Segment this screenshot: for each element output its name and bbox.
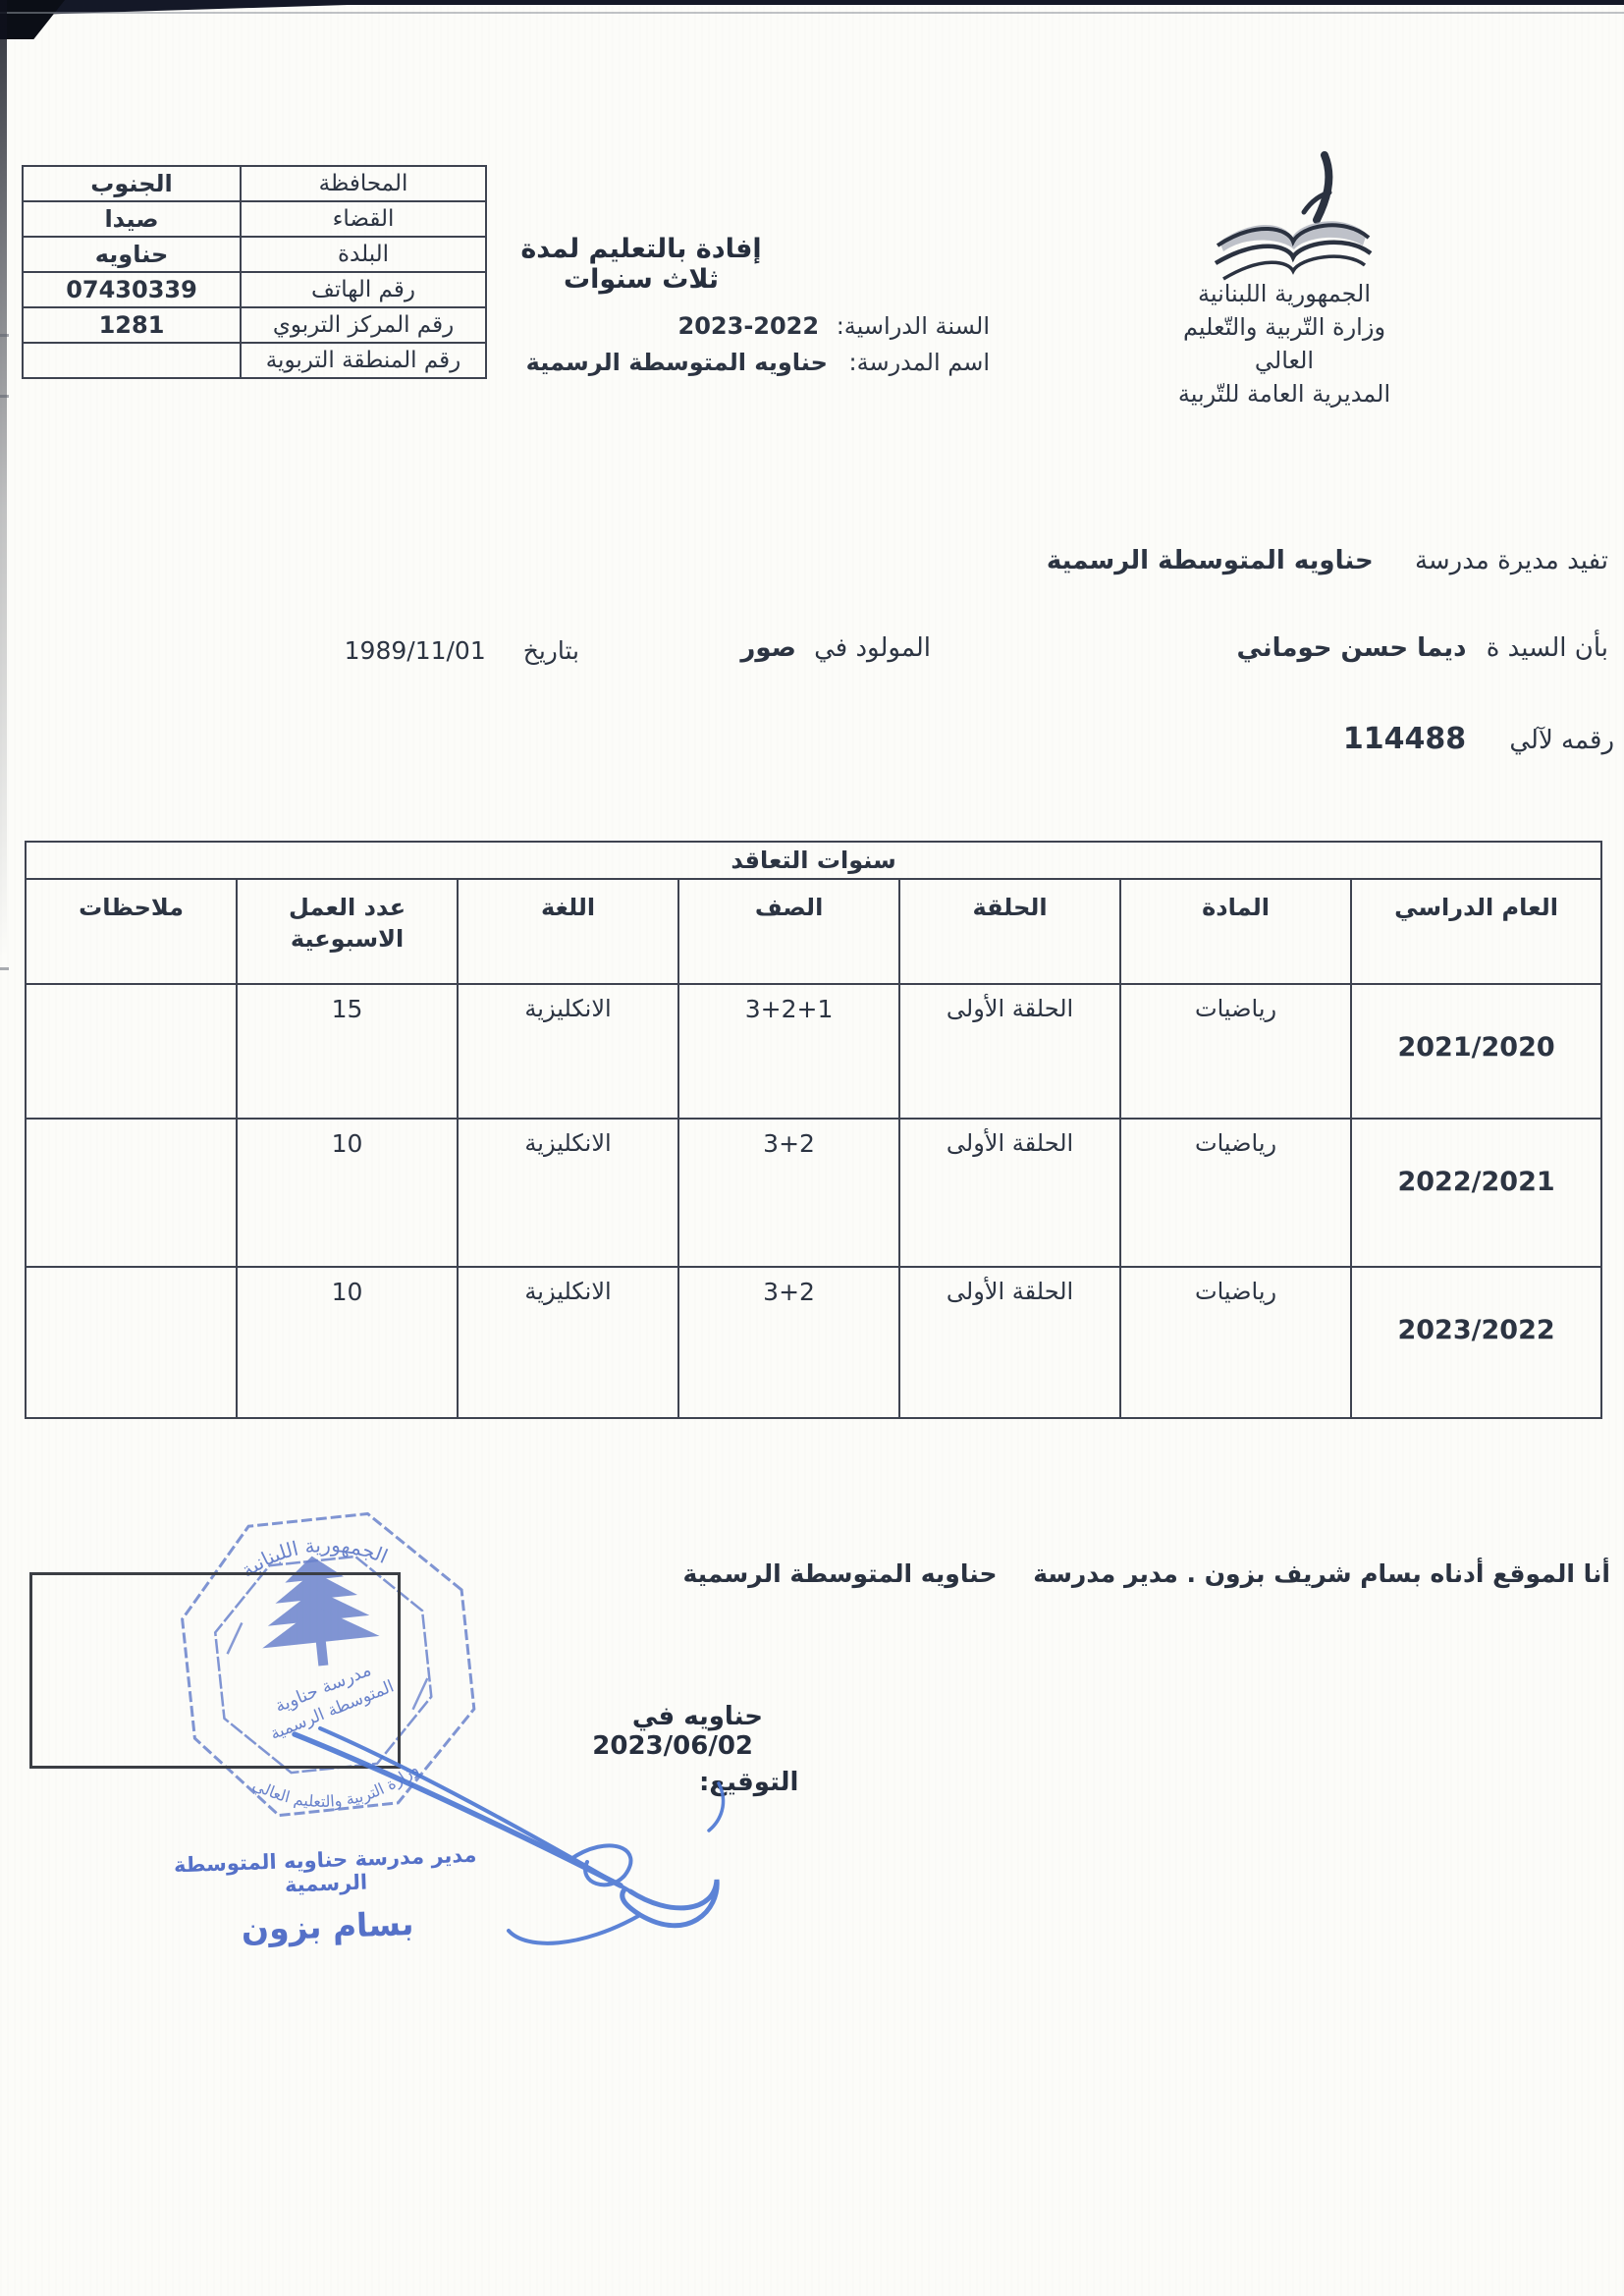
cell-year: 2023/2022	[1351, 1267, 1601, 1418]
contract-table-header-row: العام الدراسي المادة الحلقة الصف اللغة ع…	[26, 879, 1601, 984]
school-name-value: حناويه المتوسطة الرسمية	[526, 349, 828, 376]
info-label: البلدة	[241, 237, 486, 272]
info-label: رقم المنطقة التربوية	[241, 343, 486, 378]
cell-language: الانكليزية	[458, 1119, 678, 1267]
birthdate-segment: بتاريخ 1989/11/01	[345, 636, 579, 665]
scan-artifact-corner-blob	[0, 0, 65, 39]
info-row: القضاء صيدا	[23, 201, 486, 237]
info-label: رقم الهاتف	[241, 272, 486, 307]
cell-subject: رياضيات	[1120, 1119, 1351, 1267]
scan-artifact-speck	[0, 334, 9, 337]
undersigned-text: أنا الموقع أدناه بسام شريف بزون . مدير م…	[1033, 1559, 1610, 1588]
table-row: 2023/2022 رياضيات الحلقة الأولى 3+2 الان…	[26, 1267, 1601, 1418]
page-title: إفادة بالتعليم لمدة ثلاث سنوات	[489, 234, 793, 295]
school-name-label: اسم المدرسة:	[849, 349, 990, 376]
born-label: المولود في	[814, 633, 931, 663]
info-label: رقم المركز التربوي	[241, 307, 486, 343]
info-row: رقم المنطقة التربوية	[23, 343, 486, 378]
person-name-segment: بأن السيد ة ديما حسن حوماني	[1237, 633, 1608, 663]
cell-notes	[26, 1119, 237, 1267]
col-header-cycle: الحلقة	[899, 879, 1120, 984]
col-header-grade: الصف	[678, 879, 899, 984]
scan-artifact-left-strip	[0, 0, 7, 1277]
school-year-value: 2022-2023	[678, 312, 820, 340]
info-row: رقم المركز التربوي 1281	[23, 307, 486, 343]
col-header-school-year: العام الدراسي	[1351, 879, 1601, 984]
info-row: البلدة حناويه	[23, 237, 486, 272]
birth-place: صور	[740, 633, 795, 663]
undersigned-line: أنا الموقع أدناه بسام شريف بزون . مدير م…	[682, 1559, 1610, 1588]
scan-artifact-speck	[0, 395, 9, 398]
statement-prefix: تفيد مديرة مدرسة	[1415, 546, 1608, 575]
cell-notes	[26, 1267, 237, 1418]
school-year-line: السنة الدراسية: 2022-2023	[678, 312, 990, 340]
cell-grade: 3+2+1	[678, 984, 899, 1119]
info-label: المحافظة	[241, 166, 486, 201]
col-header-weekly-hours: عدد العمل الاسبوعية	[237, 879, 458, 984]
contract-table-title: سنوات التعاقد	[26, 842, 1601, 879]
contract-table-title-row: سنوات التعاقد	[26, 842, 1601, 879]
directorate-line: المديرية العامة للتّربية	[1157, 377, 1412, 410]
table-row: 2022/2021 رياضيات الحلقة الأولى 3+2 الان…	[26, 1119, 1601, 1267]
statement-line-1: تفيد مديرة مدرسة حناويه المتوسطة الرسمية	[1047, 546, 1608, 575]
cell-cycle: الحلقة الأولى	[899, 1267, 1120, 1418]
handwritten-signature-icon	[275, 1658, 766, 1962]
cell-year: 2021/2020	[1351, 984, 1601, 1119]
school-name-line: اسم المدرسة: حناويه المتوسطة الرسمية	[526, 349, 990, 376]
info-value	[23, 343, 241, 378]
cell-language: الانكليزية	[458, 984, 678, 1119]
info-value: الجنوب	[23, 166, 241, 201]
info-row: رقم الهاتف 07430339	[23, 272, 486, 307]
birthplace-segment: المولود في صور	[740, 633, 931, 663]
cell-language: الانكليزية	[458, 1267, 678, 1418]
ministry-header: الجمهورية اللبنانية وزارة التّربية والتّ…	[1157, 277, 1412, 410]
table-row: 2021/2020 رياضيات الحلقة الأولى 3+2+1 ال…	[26, 984, 1601, 1119]
info-value: 07430339	[23, 272, 241, 307]
birth-date: 1989/11/01	[345, 636, 486, 665]
scan-artifact-speck	[0, 967, 9, 970]
scan-artifact-hairline	[0, 12, 1624, 14]
cell-hours: 15	[237, 984, 458, 1119]
cell-cycle: الحلقة الأولى	[899, 1119, 1120, 1267]
cell-cycle: الحلقة الأولى	[899, 984, 1120, 1119]
person-prefix: بأن السيد ة	[1487, 633, 1608, 663]
auto-id-value: 114488	[1343, 722, 1466, 756]
col-header-notes: ملاحظات	[26, 879, 237, 984]
auto-id-line: رقمه لآلي 114488	[1343, 722, 1614, 756]
info-row: المحافظة الجنوب	[23, 166, 486, 201]
auto-id-label: رقمه لآلي	[1509, 726, 1614, 755]
statement-school-name: حناويه المتوسطة الرسمية	[1047, 546, 1374, 575]
col-header-subject: المادة	[1120, 879, 1351, 984]
cell-hours: 10	[237, 1119, 458, 1267]
col-header-language: اللغة	[458, 879, 678, 984]
info-label: القضاء	[241, 201, 486, 237]
cell-grade: 3+2	[678, 1119, 899, 1267]
cell-subject: رياضيات	[1120, 984, 1351, 1119]
undersigned-school: حناويه المتوسطة الرسمية	[682, 1559, 997, 1588]
info-value: حناويه	[23, 237, 241, 272]
person-name: ديما حسن حوماني	[1237, 633, 1467, 663]
contract-years-table: سنوات التعاقد العام الدراسي المادة الحلق…	[25, 841, 1602, 1419]
cell-grade: 3+2	[678, 1267, 899, 1418]
school-year-label: السنة الدراسية:	[837, 312, 990, 340]
cell-subject: رياضيات	[1120, 1267, 1351, 1418]
admin-info-table: المحافظة الجنوب القضاء صيدا البلدة حناوي…	[22, 165, 487, 379]
cell-hours: 10	[237, 1267, 458, 1418]
ministry-line: وزارة التّربية والتّعليم العالي	[1157, 310, 1412, 377]
cell-notes	[26, 984, 237, 1119]
cell-year: 2022/2021	[1351, 1119, 1601, 1267]
info-value: 1281	[23, 307, 241, 343]
date-label: بتاريخ	[523, 636, 579, 665]
scanned-certificate-page: المحافظة الجنوب القضاء صيدا البلدة حناوي…	[0, 0, 1624, 2296]
republic-line: الجمهورية اللبنانية	[1157, 277, 1412, 310]
ministry-open-book-logo-icon	[1206, 151, 1382, 289]
info-value: صيدا	[23, 201, 241, 237]
